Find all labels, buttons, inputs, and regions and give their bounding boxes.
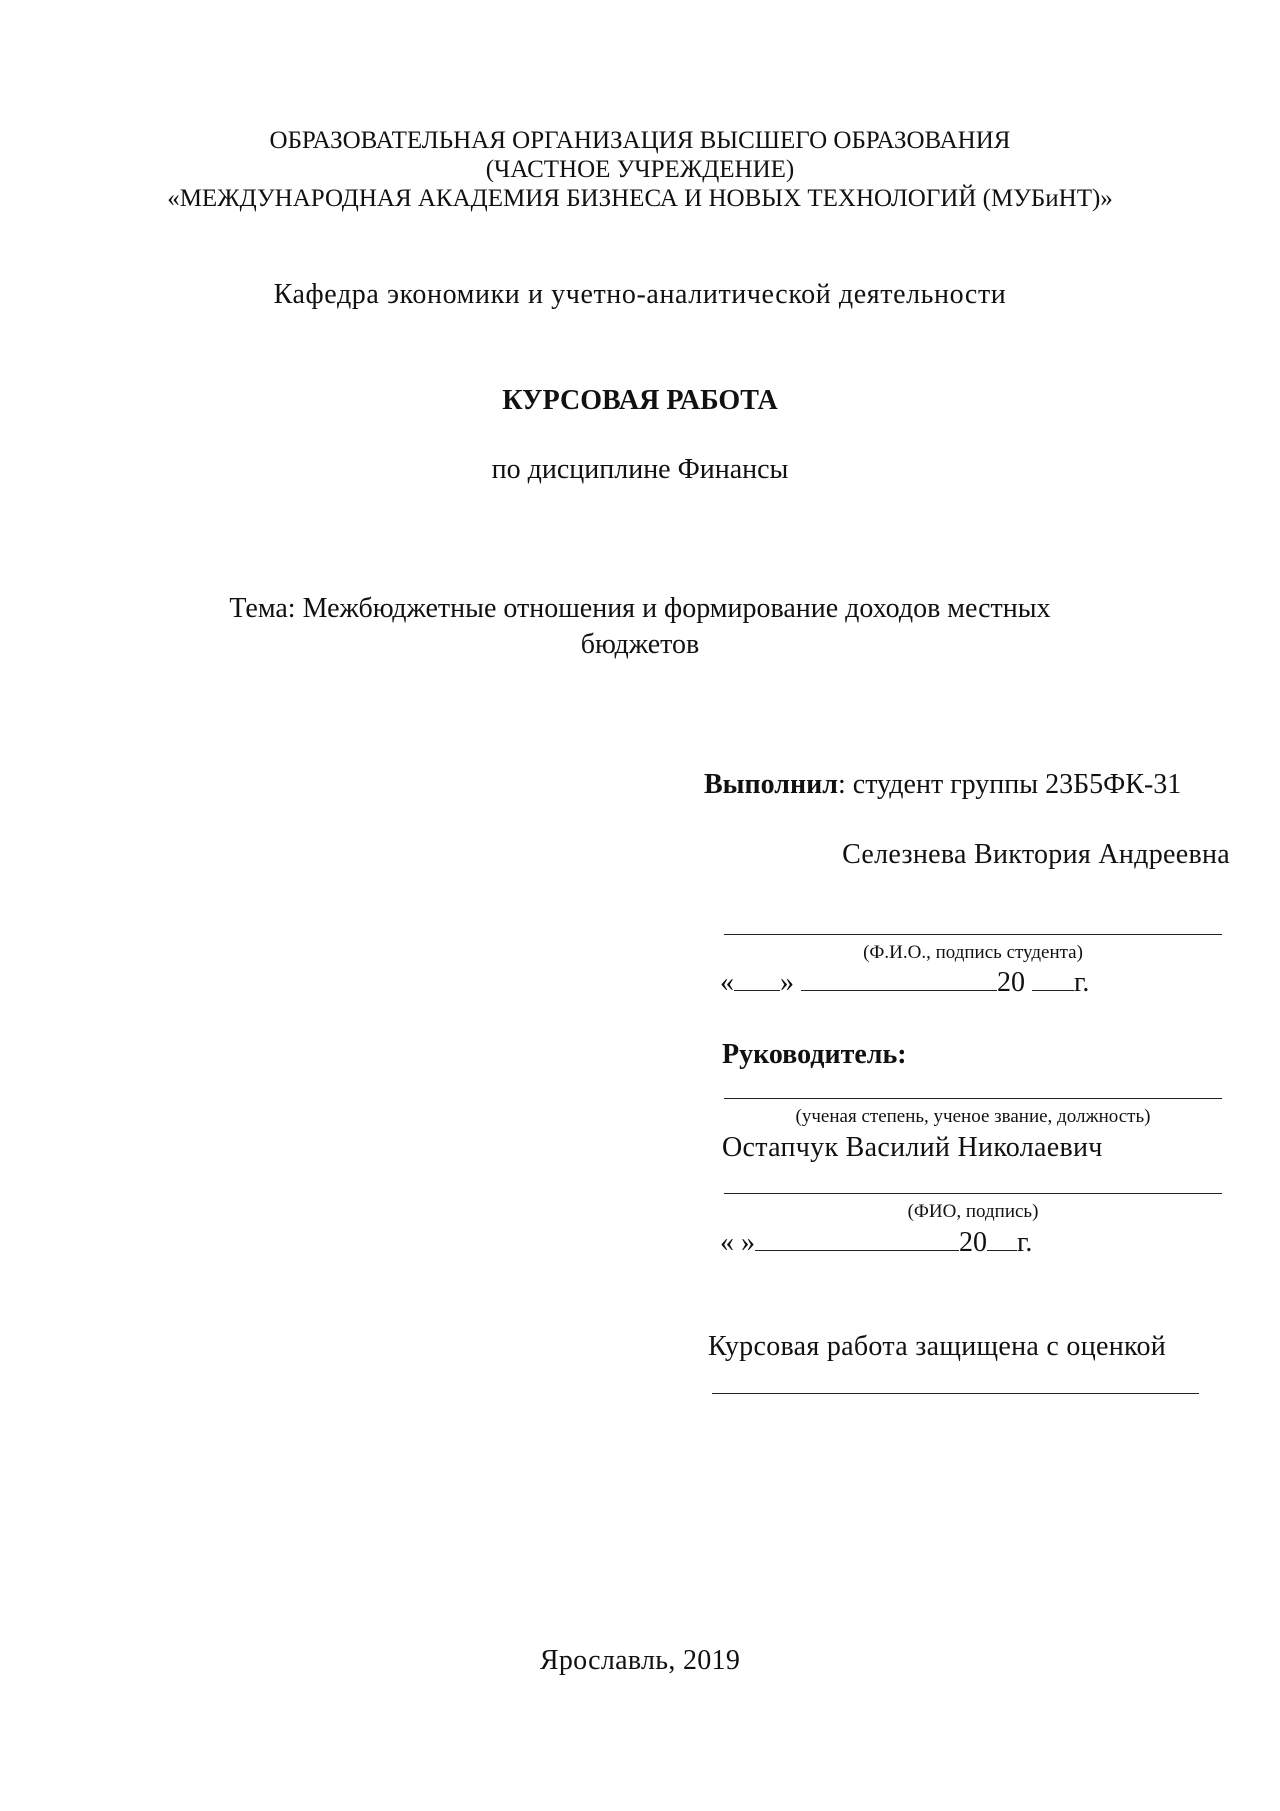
year-blank (987, 1228, 1017, 1251)
date-suffix: г. (1074, 967, 1089, 998)
institution-line-3: «МЕЖДУНАРОДНАЯ АКАДЕМИЯ БИЗНЕСА И НОВЫХ … (0, 184, 1280, 213)
supervisor-signature-line (724, 1193, 1222, 1194)
year-blank (1032, 968, 1074, 991)
month-blank (801, 968, 997, 991)
defense-text: Курсовая работа защищена с оценкой (708, 1330, 1166, 1364)
date-quotes: « » (720, 1227, 755, 1258)
year-prefix: 20 (959, 1227, 987, 1258)
student-date-line: «» 20 г. (720, 966, 1089, 1000)
date-open-quote: « (720, 967, 734, 998)
institution-line-1: ОБРАЗОВАТЕЛЬНАЯ ОРГАНИЗАЦИЯ ВЫСШЕГО ОБРА… (0, 126, 1280, 155)
student-signature-caption: (Ф.И.О., подпись студента) (724, 942, 1222, 964)
work-type-title: КУРСОВАЯ РАБОТА (0, 384, 1280, 418)
student-label: Выполнил (704, 769, 838, 800)
topic-line-2: бюджетов (0, 628, 1280, 662)
date-suffix: г. (1017, 1227, 1032, 1258)
supervisor-signature-caption: (ФИО, подпись) (724, 1201, 1222, 1223)
student-signature-line (724, 934, 1222, 935)
city-year: Ярославль, 2019 (0, 1644, 1280, 1678)
grade-line (712, 1393, 1199, 1394)
department: Кафедра экономики и учетно-аналитической… (0, 278, 1280, 312)
supervisor-name: Остапчук Василий Николаевич (722, 1131, 1103, 1165)
student-group-line: Выполнил: студент группы 23Б5ФК-31 (704, 768, 1181, 802)
supervisor-degree-line (724, 1098, 1222, 1099)
day-blank (734, 968, 780, 991)
date-close-quote: » (780, 967, 794, 998)
year-prefix: 20 (997, 967, 1025, 998)
month-blank (755, 1228, 959, 1251)
discipline: по дисциплине Финансы (0, 453, 1280, 487)
institution-line-2: (ЧАСТНОЕ УЧРЕЖДЕНИЕ) (0, 155, 1280, 184)
student-group: : студент группы 23Б5ФК-31 (838, 769, 1181, 800)
supervisor-label: Руководитель: (722, 1038, 907, 1072)
supervisor-degree-caption: (ученая степень, ученое звание, должност… (724, 1106, 1222, 1128)
topic-line-1: Тема: Межбюджетные отношения и формирова… (0, 592, 1280, 626)
student-name: Селезнева Виктория Андреевна (842, 838, 1230, 872)
supervisor-date-line: « »20г. (720, 1226, 1032, 1260)
